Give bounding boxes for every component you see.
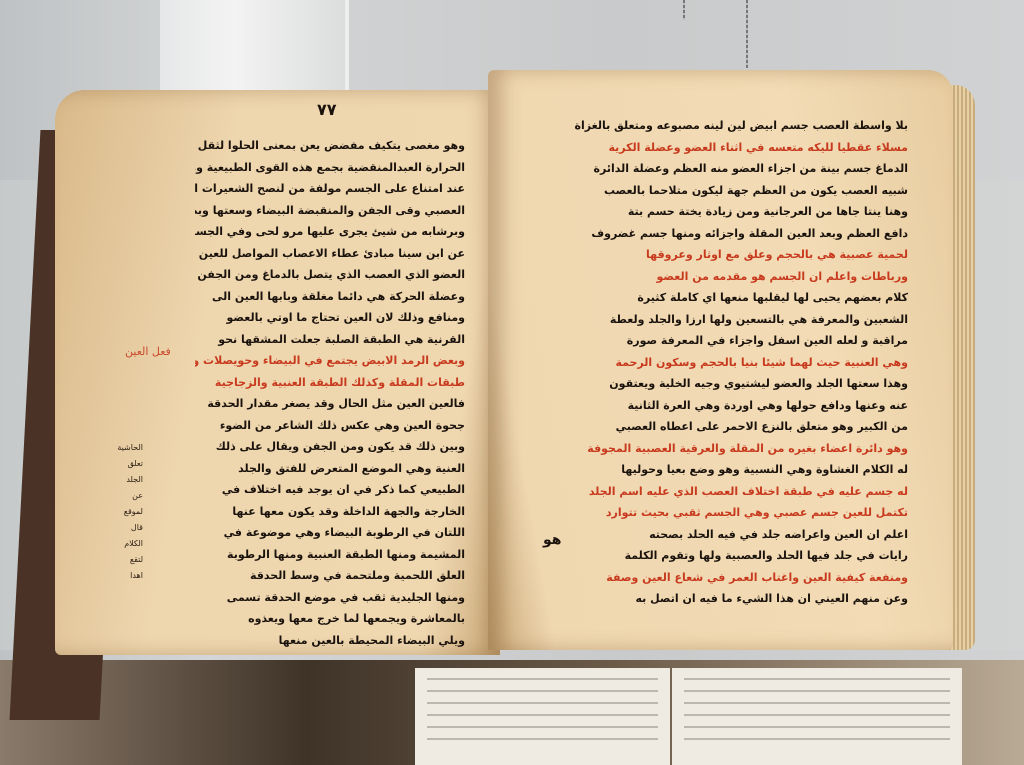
right-line: دافع العظم وبعد العين المقلة واجزائه ومن… [528, 223, 908, 245]
hanging-chain-right [746, 0, 748, 68]
folio-mark: ٧٧ [317, 100, 337, 119]
left-line: وبين ذلك قد يكون ومن الجفن ويقال على ذلك [195, 436, 465, 458]
right-line: وهي العنبية حيث لهما شيئا بنيا بالحجم وس… [528, 352, 908, 374]
right-line: وهنا ينتا جاها من العرجانية ومن زيادة يخ… [528, 201, 908, 223]
right-line: الدماغ جسم بينة من اجزاء العضو منه العظم… [528, 158, 908, 180]
right-line: وعن منهم العيني ان هذا الشيء ما فيه ان ا… [528, 588, 908, 610]
right-line: ورباطات واعلم ان الجسم هو مقدمه من العضو [528, 266, 908, 288]
open-manuscript: ٧٧ فعل العين الحاشيةتعلقالجلدعنلموقعقالا… [25, 70, 975, 660]
right-line: الشعبين والمعرفة هي بالتسعين ولها ارزا و… [528, 309, 908, 331]
left-line: الخارجة والجهة الداخلة وقد يكون معها عنه… [195, 501, 465, 523]
left-line: طبقات المقلة وكذلك الطبقة العنبية والزجا… [195, 372, 465, 394]
left-line: وعضلة الحركة هي دائما مغلقة وبابها العين… [195, 286, 465, 308]
left-line: العصبي وقى الجفن والمنقبضة البيضاء وسعته… [195, 200, 465, 222]
left-line: القرنية هي الطبقة الصلبة جعلت المشقها نح… [195, 329, 465, 351]
margin-note-line: لتقع [103, 552, 143, 568]
left-line: الحرارة العبدالمنقضية بجمع هذه القوى الط… [195, 157, 465, 179]
left-line: العلق اللحمية وملتحمة في وسط الحدقة [195, 565, 465, 587]
right-line: لحمية عصبية هي بالحجم وعلق مع اوثار وعرو… [528, 244, 908, 266]
left-line: فالعين العين مثل الحال وقد يصغر مقدار ال… [195, 393, 465, 415]
right-page-text: بلا واسطة العصب جسم ابيض لين لينه مصبوعه… [528, 115, 908, 610]
right-line: ومنفعة كيفية العين واغتاب العمر في شعاع … [528, 567, 908, 589]
left-line: ويلي البيضاء المحيطة بالعين منعها [195, 630, 465, 652]
left-margin-notes: الحاشيةتعلقالجلدعنلموقعقالالكلاملتقعاهدا [103, 440, 143, 630]
right-line: عنه وعنها ودافع حولها وهي اوردة وهي العر… [528, 395, 908, 417]
left-line: المشيمة ومنها الطبقة العنبية ومنها الرطو… [195, 544, 465, 566]
right-line: مراقبة و لعله العين اسفل واجزاء في المعر… [528, 330, 908, 352]
right-line: شبيه العصب يكون من العظم جهة ليكون متلاح… [528, 180, 908, 202]
right-line: رايات في جلد فيها الحلد والعصبية ولها وت… [528, 545, 908, 567]
left-page-text: وهو مغصى يتكيف مفضض يعن بمعنى الحلوا لثق… [195, 135, 465, 651]
margin-note: فعل العين [125, 345, 171, 358]
left-line: جحوة العين وهي عكس ذلك الشاعر من الضوء [195, 415, 465, 437]
catchword: هو [543, 532, 561, 548]
left-line: وبعض الرمد الابيض يجتمع في البيضاء وحويص… [195, 350, 465, 372]
left-line: العنية وهي الموضع المتعرض للفتق والجلد [195, 458, 465, 480]
margin-note-line: لموقع [103, 504, 143, 520]
margin-note-line: عن [103, 488, 143, 504]
left-line: اللتان في الرطوبة البيضاء وهي موضوعة في [195, 522, 465, 544]
right-line: وهذا سعتها الجلد والعضو ليشتيوي وجيه الخ… [528, 373, 908, 395]
right-line: تكتمل للعين جسم عصبي وهي الجسم ثقبي بحيث… [528, 502, 908, 524]
right-page: بلا واسطة العصب جسم ابيض لين لينه مصبوعه… [488, 70, 953, 650]
left-line: وهو مغصى يتكيف مفضض يعن بمعنى الحلوا لثق… [195, 135, 465, 157]
lower-manuscript-sheet-right [672, 668, 962, 765]
margin-note-line: الحاشية [103, 440, 143, 456]
margin-note-line: تعلق [103, 456, 143, 472]
lower-manuscript-sheet-left [415, 668, 670, 765]
left-line: بالمعاشرة ويجمعها لما خرج معها ويعذوه [195, 608, 465, 630]
right-line: بلا واسطة العصب جسم ابيض لين لينه مصبوعه… [528, 115, 908, 137]
right-line: كلام بعضهم يحيى لها ليقلبها منعها اي كام… [528, 287, 908, 309]
margin-note-line: الجلد [103, 472, 143, 488]
left-line: وبرشابه من شيئ يجرى عليها مرو لحى وفي ال… [195, 221, 465, 243]
right-line: له جسم عليه في طبقة اختلاف العصب الذي عل… [528, 481, 908, 503]
right-line: وهو دائرة اعضاء بغيره من المقلة والعرقية… [528, 438, 908, 460]
left-page: ٧٧ فعل العين الحاشيةتعلقالجلدعنلموقعقالا… [55, 90, 500, 655]
left-line: العضو الذي العصب الذي يتصل بالدماغ ومن ا… [195, 264, 465, 286]
margin-note-line: اهدا [103, 568, 143, 584]
right-line: من الكبير وهو متعلق بالنزع الاحمر على اع… [528, 416, 908, 438]
left-line: عن ابن سينا مبادئ عطاء الاعصاب المواصل ل… [195, 243, 465, 265]
right-line: مسلاء عقطيا لليكه متعسه في اثناء العضو و… [528, 137, 908, 159]
right-line: له الكلام الغشاوة وهي النسبية وهو وضع بع… [528, 459, 908, 481]
margin-note-line: قال [103, 520, 143, 536]
left-line: ومنافع وذلك لان العين تحتاج ما اوتي بالع… [195, 307, 465, 329]
margin-note-line: الكلام [103, 536, 143, 552]
left-line: عند امتناع على الجسم مولفة من لنصح الشعي… [195, 178, 465, 200]
left-line: ومنها الجليدية ثقب في موضع الحدقة تسمى [195, 587, 465, 609]
hanging-chain-left [683, 0, 685, 20]
right-line: اعلم ان العين واعراضه جلد في فيه الحلد ب… [528, 524, 908, 546]
left-line: الطبيعي كما ذكر في ان يوجد فيه اختلاف في [195, 479, 465, 501]
